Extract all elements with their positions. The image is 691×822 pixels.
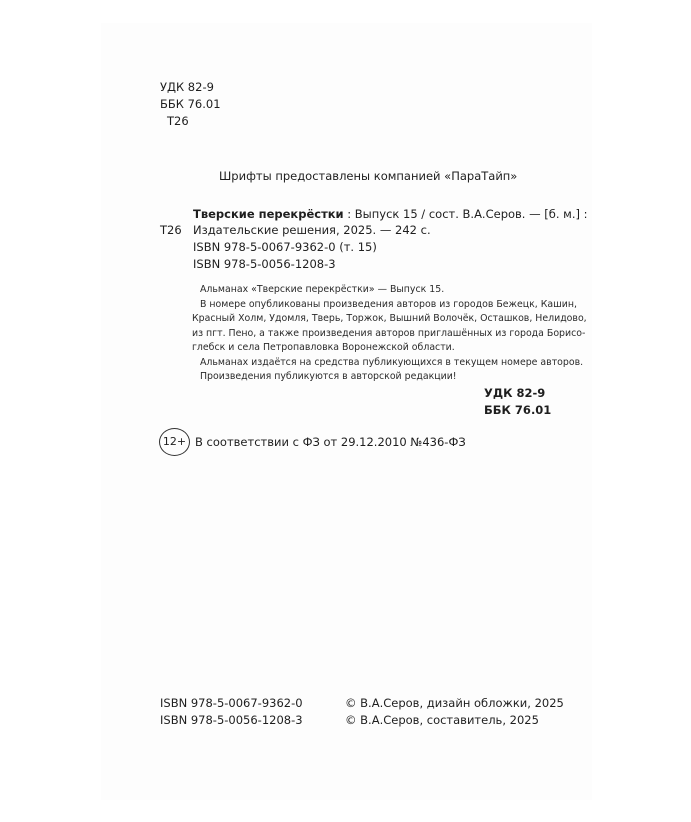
annotation-line: Альманах «Тверские перекрёстки» — Выпуск… [192,283,587,298]
age-rating-text: В соответствии с ФЗ от 29.12.2010 №436-Ф… [195,434,466,450]
footer-udk: УДК 82-9 [484,385,545,401]
imprint-isbn-1: ISBN 978-5-0067-9362-0 [160,695,303,711]
copyright-cover-design: © В.А.Серов, дизайн обложки, 2025 [345,695,564,711]
header-bbk: ББК 76.01 [160,96,221,112]
copyright-compiler: © В.А.Серов, составитель, 2025 [345,712,539,728]
imprint-isbn-2: ISBN 978-5-0056-1208-3 [160,712,303,728]
annotation-line: глебск и села Петропавловка Воронежской … [192,341,587,356]
bib-title-rest: : Выпуск 15 / сост. В.А.Серов. — [б. м.]… [344,207,588,221]
header-udk: УДК 82-9 [160,79,214,95]
annotation: Альманах «Тверские перекрёстки» — Выпуск… [192,283,587,385]
bib-record-first-line: Тверские перекрёстки : Выпуск 15 / сост.… [193,206,588,222]
annotation-line: Красный Холм, Удомля, Тверь, Торжок, Выш… [192,312,587,327]
annotation-line: В номере опубликованы произведения автор… [192,298,587,313]
bib-publisher: Издательские решения, 2025. — 242 с. [193,222,431,238]
bib-title: Тверские перекрёстки [193,207,344,221]
bib-author-mark: Т26 [160,222,182,238]
header-author-mark: Т26 [167,113,189,129]
annotation-line: из пгт. Пено, а также произведения автор… [192,327,587,342]
bib-isbn-1: ISBN 978-5-0067-9362-0 (т. 15) [193,239,377,255]
annotation-line: Альманах издаётся на средства публикующи… [192,356,587,371]
fonts-credit: Шрифты предоставлены компанией «ПараТайп… [219,168,517,184]
bib-isbn-2: ISBN 978-5-0056-1208-3 [193,256,336,272]
age-rating-badge: 12+ [159,428,190,456]
annotation-line: Произведения публикуются в авторской ред… [192,370,587,385]
footer-bbk: ББК 76.01 [484,402,551,418]
